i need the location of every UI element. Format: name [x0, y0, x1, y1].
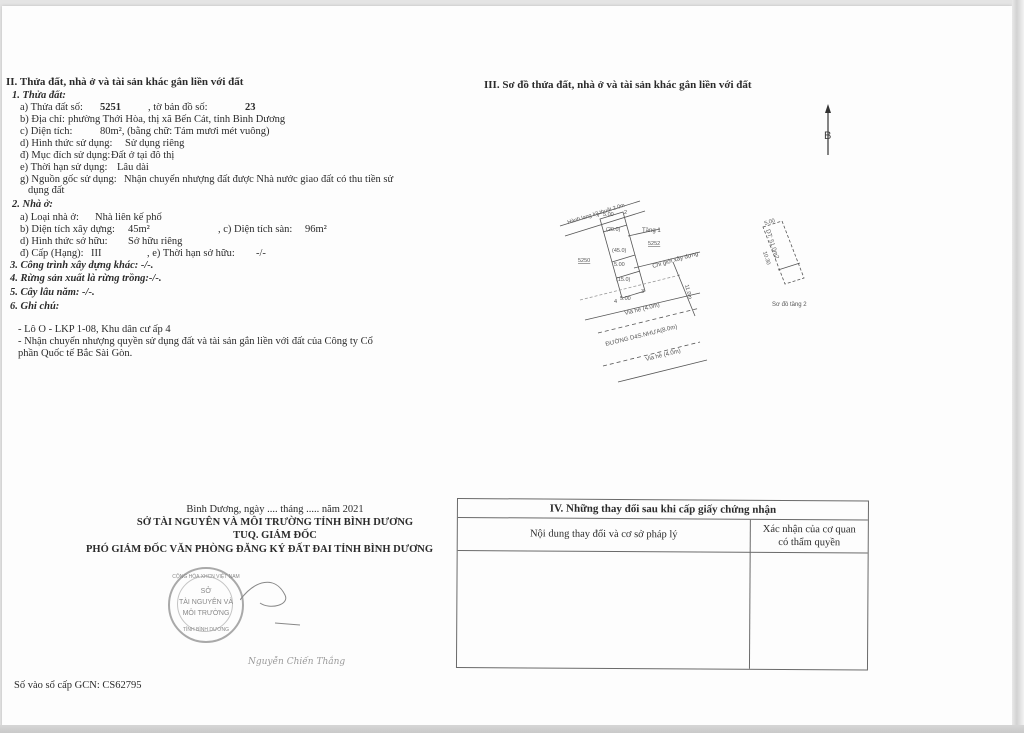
svg-text:ĐƯỜNG D4S.NHỰA(8.0m): ĐƯỜNG D4S.NHỰA(8.0m) — [605, 323, 678, 348]
registry-number: CS62795 — [102, 680, 141, 691]
svg-text:5.00: 5.00 — [620, 296, 631, 302]
svg-text:10.30: 10.30 — [761, 251, 771, 266]
svg-text:5252: 5252 — [648, 241, 660, 247]
column-header-confirmation: Xác nhận của cơ quan có thẩm quyền — [751, 520, 868, 556]
svg-text:Sơ đồ tầng 2: Sơ đồ tầng 2 — [772, 302, 807, 308]
svg-text:4: 4 — [614, 299, 617, 305]
date-line: Bình Dương, ngày .... tháng ..... năm 20… — [100, 503, 450, 516]
svg-text:3: 3 — [641, 289, 644, 295]
confirmation-line2: có thẩm quyền — [751, 536, 868, 550]
svg-text:7: 7 — [597, 213, 600, 219]
confirmation-line1: Xác nhận của cơ quan — [751, 523, 868, 537]
agency-name: SỞ TÀI NGUYÊN VÀ MÔI TRƯỜNG TỈNH BÌNH DƯ… — [100, 516, 450, 529]
svg-text:5.00: 5.00 — [603, 212, 614, 218]
official-stamp: CỘNG HÒA XHCN VIỆT NAM SỞ TÀI NGUYÊN VÀ … — [168, 567, 244, 643]
signer-position: PHÓ GIÁM ĐỐC VĂN PHÒNG ĐĂNG KÝ ĐẤT ĐAI T… — [86, 544, 433, 556]
svg-text:Vỉa hè (4.0m): Vỉa hè (4.0m) — [645, 347, 682, 363]
north-arrow-icon: B — [824, 104, 831, 155]
on-behalf: TUQ. GIÁM ĐỐC — [100, 529, 450, 542]
svg-text:(20.0): (20.0) — [606, 227, 621, 233]
svg-text:Tầng 1: Tầng 1 — [642, 228, 661, 234]
registry-label-text: Số vào sổ cấp GCN: — [14, 680, 100, 691]
changes-table-title: IV. Những thay đổi sau khi cấp giấy chứn… — [458, 499, 868, 521]
svg-text:(45.0): (45.0) — [612, 248, 627, 254]
svg-text:5.00: 5.00 — [614, 262, 625, 268]
svg-text:(15.0): (15.0) — [616, 277, 631, 283]
signature-scribble — [240, 575, 340, 635]
svg-text:5.00: 5.00 — [764, 218, 776, 227]
registry-label: Số vào sổ cấp GCN: CS62795 — [14, 680, 141, 692]
signature-block: Bình Dương, ngày .... tháng ..... năm 20… — [100, 503, 450, 542]
changes-table: IV. Những thay đổi sau khi cấp giấy chứn… — [456, 498, 869, 671]
svg-text:Vỉa hè (4.0m): Vỉa hè (4.0m) — [624, 301, 661, 317]
signer-name: Nguyễn Chiến Thắng — [248, 657, 345, 667]
svg-text:11.0m: 11.0m — [683, 284, 693, 300]
column-header-content: Nội dung thay đổi và cơ sở pháp lý — [458, 518, 750, 552]
svg-text:2: 2 — [624, 210, 627, 216]
svg-text:5250: 5250 — [578, 258, 590, 264]
svg-text:B: B — [824, 130, 831, 142]
